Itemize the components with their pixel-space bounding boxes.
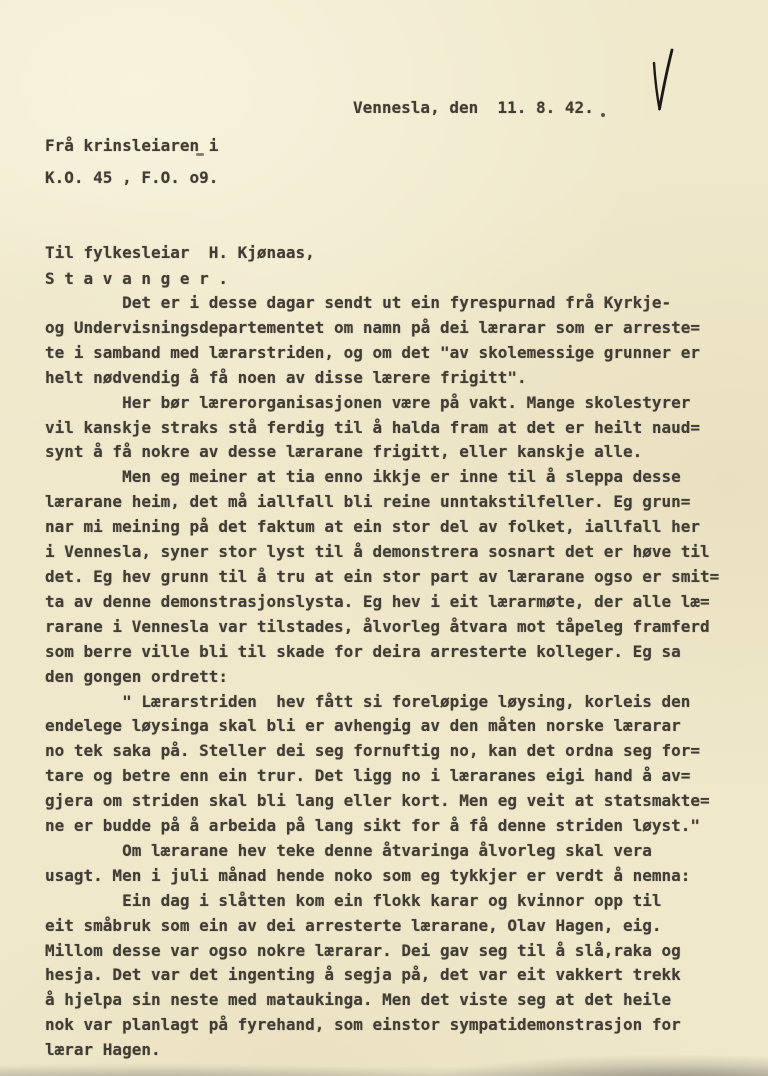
recipient-block: Til fylkesleiar H. Kjønaas, S t a v a n … <box>45 240 315 291</box>
handwritten-checkmark-icon <box>641 46 683 118</box>
date-line: Vennesla, den 11. 8. 42. <box>353 95 594 120</box>
ink-speck <box>601 113 605 117</box>
letter-body: Det er i desse dagar sendt ut ein fyresp… <box>45 291 719 1063</box>
scanned-letter-page: Vennesla, den 11. 8. 42. Frå krinsleiare… <box>0 0 768 1076</box>
sender-block: Frå krinsleiaren i K.O. 45 , F.O. o9. <box>45 130 218 194</box>
